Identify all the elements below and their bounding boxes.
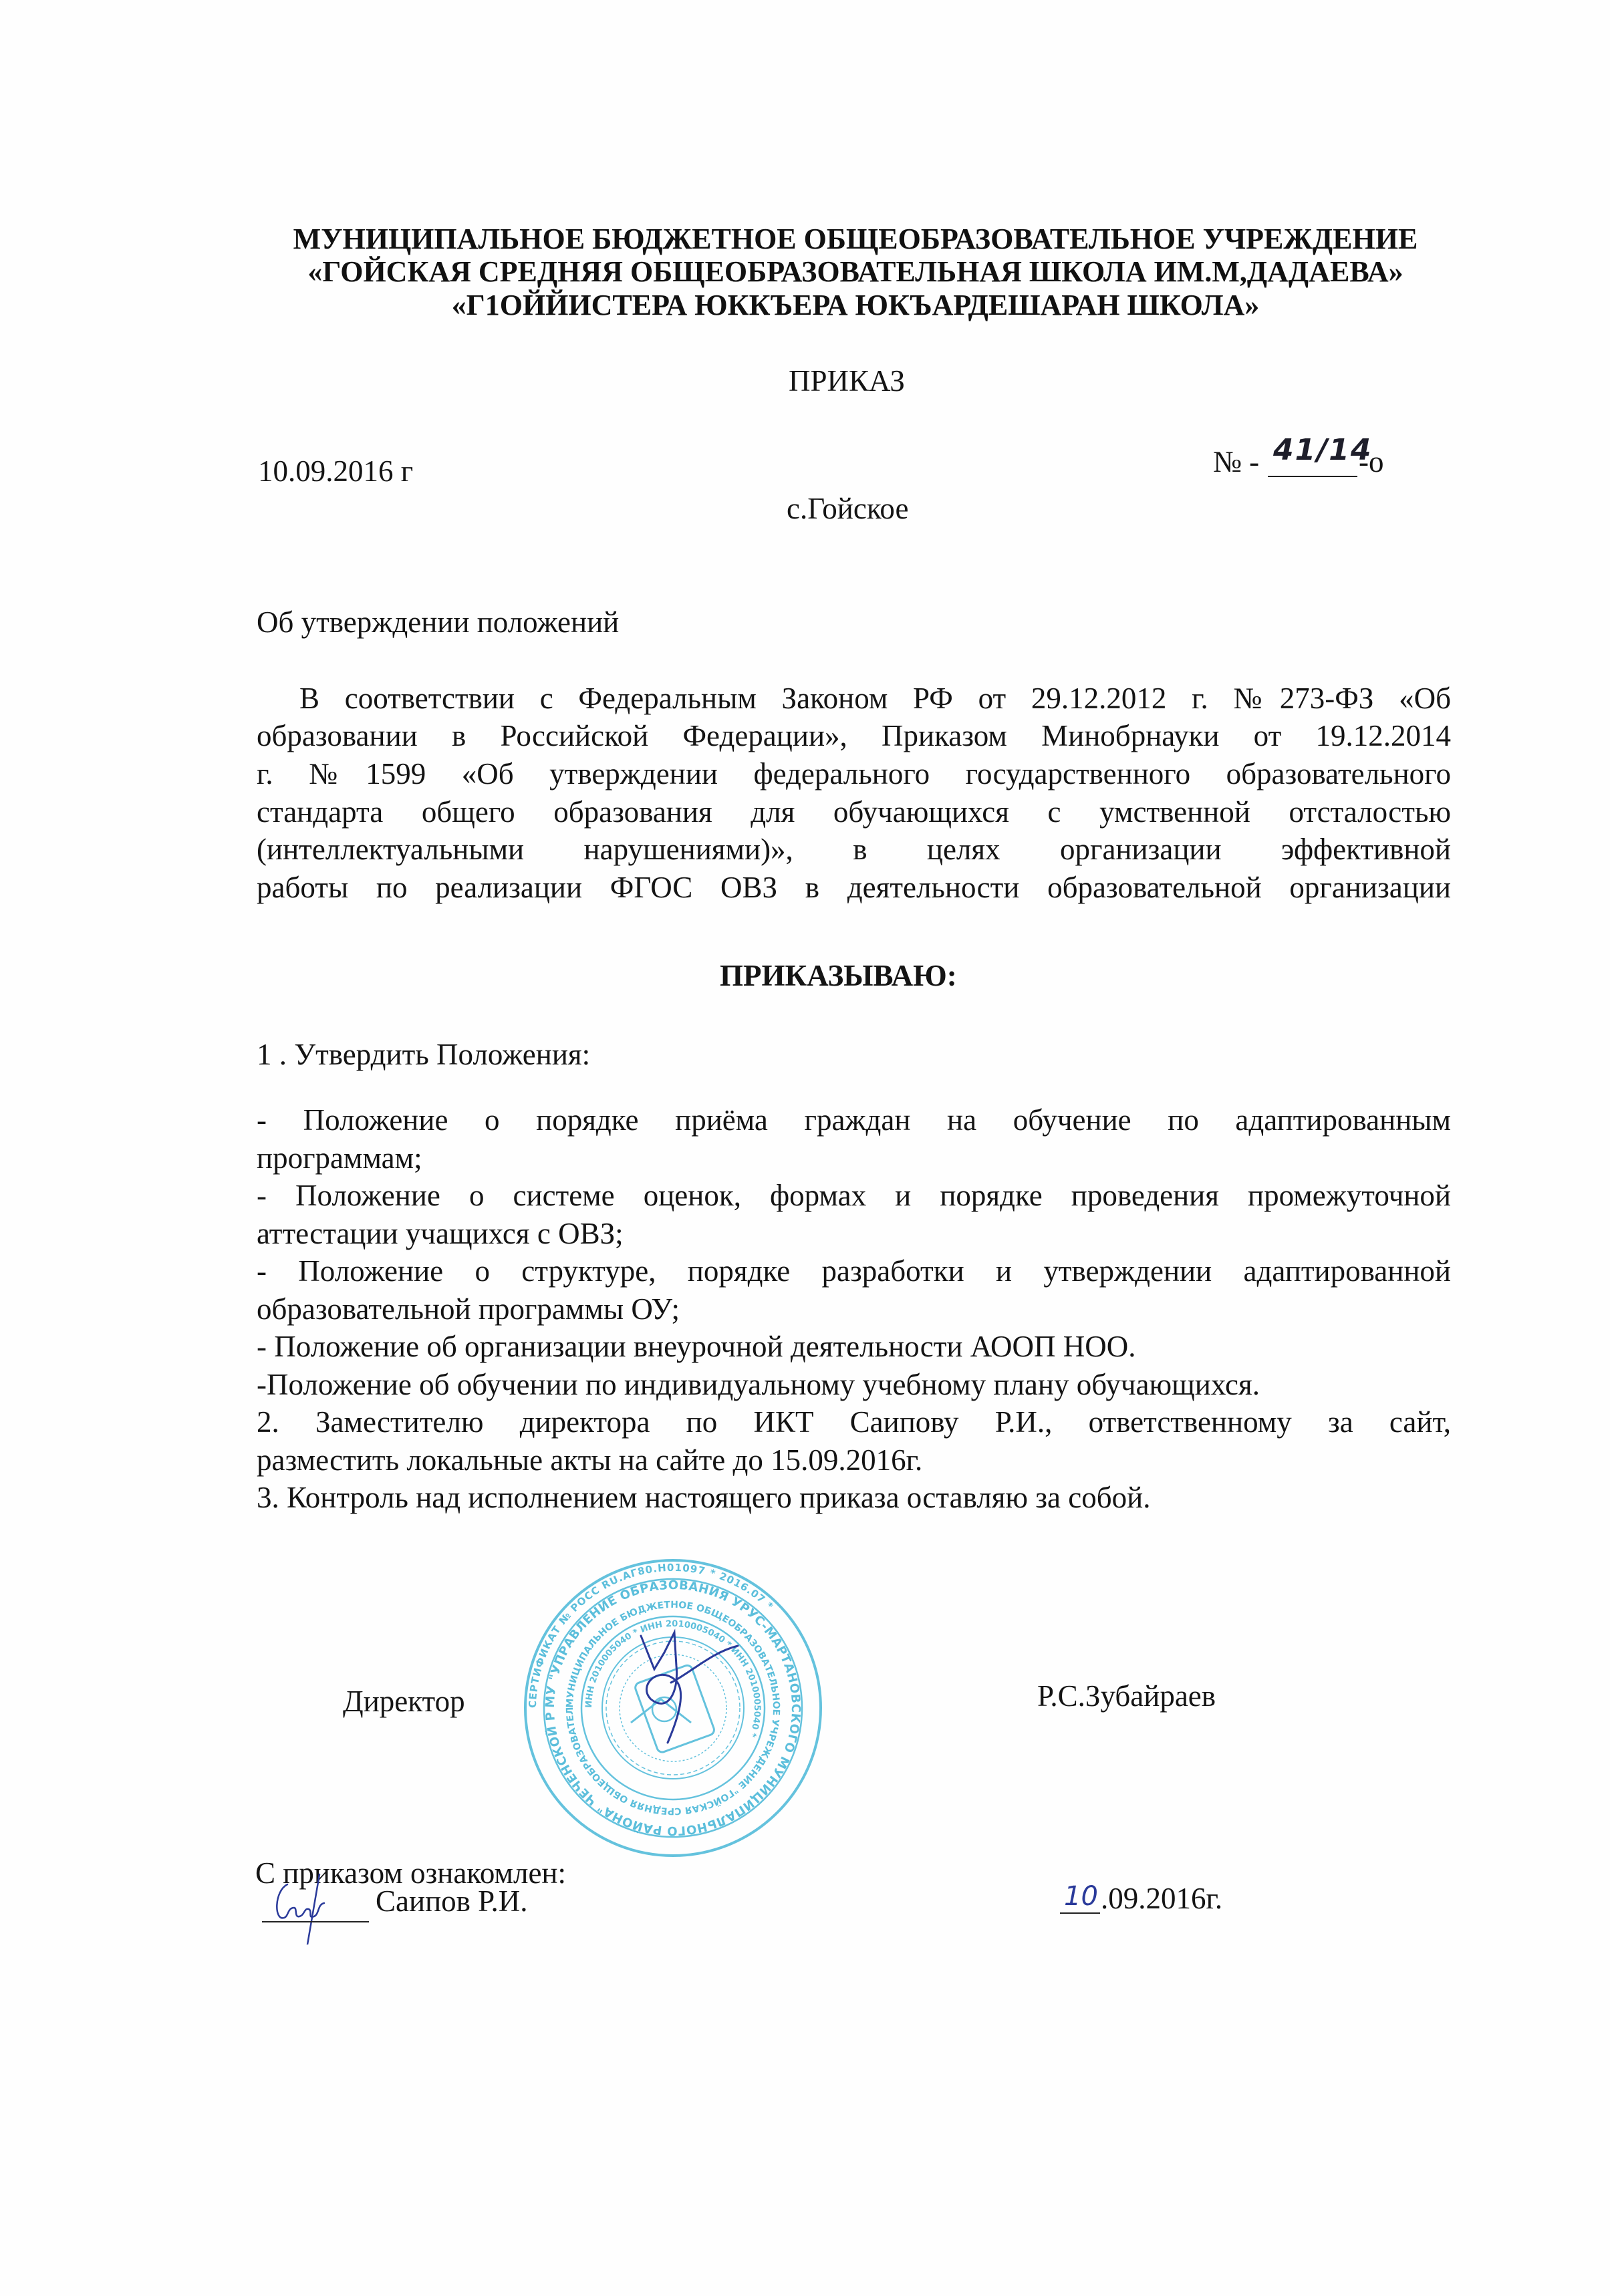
acknowledgement-date-day-handwritten: 10 [1064, 1883, 1098, 1910]
svg-text:МУНИЦИПАЛЬНОЕ БЮДЖЕТНОЕ ОБЩЕОБ: МУНИЦИПАЛЬНОЕ БЮДЖЕТНОЕ ОБЩЕОБРАЗОВАТЕЛЬ… [524, 1559, 781, 1816]
signatory-name: Р.С.Зубайраев [1037, 1681, 1216, 1711]
official-stamp: СЕРТИФИКАТ № РОСС RU.АГ80.Н01097 * 2016.… [524, 1559, 822, 1857]
preamble-line: работы по реализации ФГОС ОВЗ в деятельн… [257, 873, 1451, 903]
item-1-title: 1 . Утвердить Положения: [257, 1040, 590, 1070]
order-place: с.Гойское [787, 494, 908, 524]
preamble-line: образовании в Российской Федерации», При… [257, 721, 1451, 751]
order-subject: Об утверждении положений [257, 607, 619, 637]
acknowledgement-signature-icon [267, 1871, 348, 1945]
list-item-line: - Положение о порядке приёма граждан на … [257, 1105, 1451, 1135]
institution-name-line-2: «ГОЙСКАЯ СРЕДНЯЯ ОБЩЕОБРАЗОВАТЕЛЬНАЯ ШКО… [254, 257, 1457, 287]
list-item-line: -Положение об обучении по индивидуальном… [257, 1370, 1260, 1400]
preamble-line: г. №1599 «Об утверждении федерального го… [257, 759, 1451, 789]
order-number-underline [1268, 476, 1357, 477]
list-item-line: - Положение о структуре, порядке разрабо… [257, 1256, 1451, 1286]
institution-name-line-1: МУНИЦИПАЛЬНОЕ БЮДЖЕТНОЕ ОБЩЕОБРАЗОВАТЕЛЬ… [254, 225, 1457, 254]
list-item-line: разместить локальные акты на сайте до 15… [257, 1445, 922, 1475]
order-number-handwritten: 41/14 [1273, 436, 1373, 465]
list-item-line: - Положение о системе оценок, формах и п… [257, 1181, 1451, 1211]
institution-name-line-3: «Г1ОЙЙИСТЕРА ЮККЪЕРА ЮКЪАРДЕШАРАН ШКОЛА» [254, 291, 1457, 320]
acknowledgement-signature-line [262, 1921, 369, 1922]
order-number-prefix: № - [1213, 447, 1259, 477]
list-item-line: образовательной программы ОУ; [257, 1294, 680, 1324]
acknowledgement-name: Саипов Р.И. [376, 1886, 528, 1916]
preamble-line: В соответствии с Федеральным Законом РФ … [299, 684, 1451, 714]
acknowledgement-date-underline [1060, 1912, 1100, 1914]
signatory-position: Директор [343, 1687, 465, 1717]
list-item-line: аттестации учащихся с ОВЗ; [257, 1219, 624, 1249]
list-item-line: программам; [257, 1143, 422, 1173]
order-word: ПРИКАЗЫВАЮ: [720, 961, 957, 991]
list-item-line: 3. Контроль над исполнением настоящего п… [257, 1483, 1150, 1513]
order-number-suffix: -о [1359, 447, 1384, 477]
document-type: ПРИКАЗ [789, 366, 905, 396]
order-date: 10.09.2016 г [258, 456, 413, 486]
document-page: МУНИЦИПАЛЬНОЕ БЮДЖЕТНОЕ ОБЩЕОБРАЗОВАТЕЛЬ… [0, 0, 1610, 2296]
stamp-seal-icon: СЕРТИФИКАТ № РОСС RU.АГ80.Н01097 * 2016.… [524, 1559, 822, 1857]
list-item-line: - Положение об организации внеурочной де… [257, 1332, 1135, 1362]
preamble-line: (интеллектуальными нарушениями)», в целя… [257, 835, 1451, 865]
preamble-line: стандарта общего образования для обучающ… [257, 797, 1451, 827]
acknowledgement-date: .09.2016г. [1101, 1884, 1222, 1914]
list-item-line: 2. Заместителю директора по ИКТ Саипову … [257, 1407, 1451, 1437]
director-signature-icon [641, 1632, 738, 1743]
